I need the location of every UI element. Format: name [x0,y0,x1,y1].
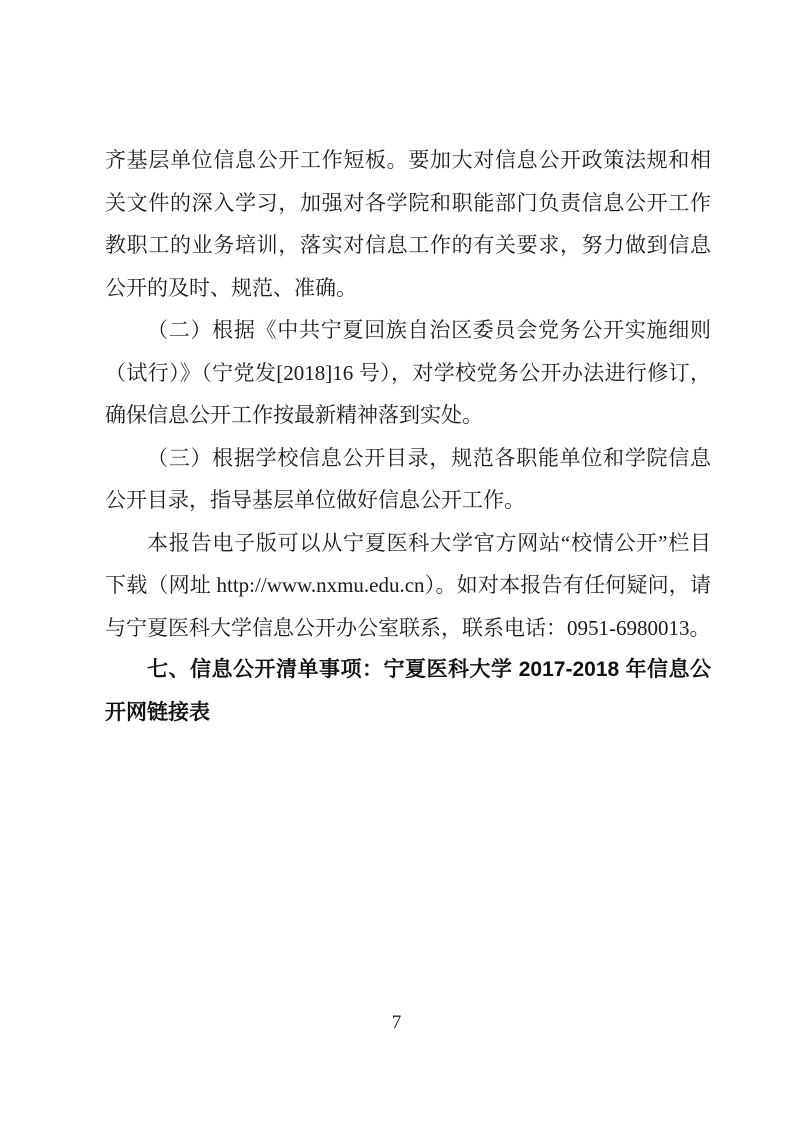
paragraph-item-three-catalog: （三）根据学校信息公开目录，规范各职能单位和学院信息公开目录，指导基层单位做好信… [105,437,711,522]
document-body: 齐基层单位信息公开工作短板。要加大对信息公开政策法规和相关文件的深入学习，加强对… [105,139,711,734]
paragraph-contact-info: 本报告电子版可以从宁夏医科大学官方网站“校情公开”栏目下载（网址 http://… [105,522,711,650]
document-page: 齐基层单位信息公开工作短板。要加大对信息公开政策法规和相关文件的深入学习，加强对… [0,0,793,1122]
page-number: 7 [0,1012,793,1034]
paragraph-training-requirements: 齐基层单位信息公开工作短板。要加大对信息公开政策法规和相关文件的深入学习，加强对… [105,139,711,309]
paragraph-item-two-party-affairs: （二）根据《中共宁夏回族自治区委员会党务公开实施细则（试行）》（宁党发[2018… [105,309,711,437]
section-heading-seven: 七、信息公开清单事项：宁夏医科大学 2017-2018 年信息公开网链接表 [105,649,711,734]
